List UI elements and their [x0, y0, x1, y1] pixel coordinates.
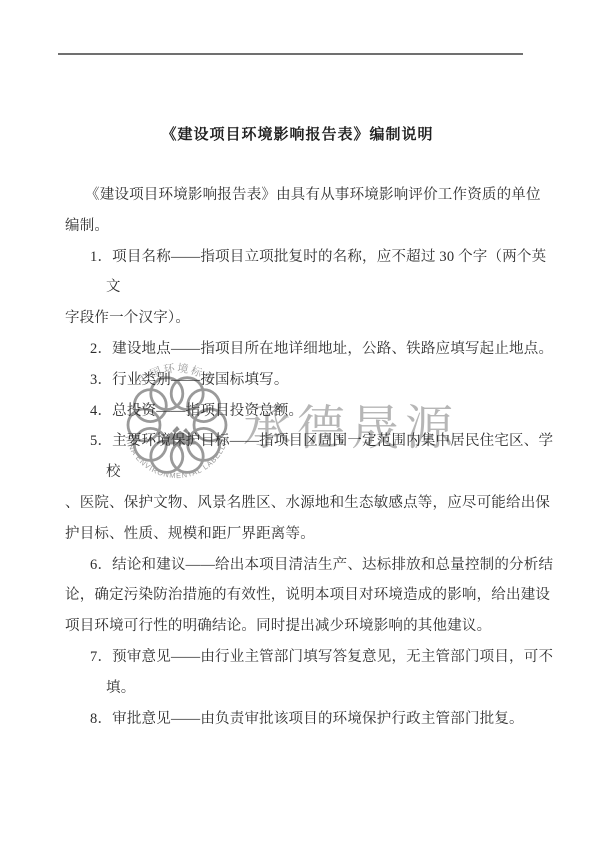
text-line: 论，确定污染防治措施的有效性，说明本项目对环境造成的影响，给出建设 [65, 580, 543, 611]
text-line: 2．建设地点——指项目所在地详细地址，公路、铁路应填写起止地点。 [65, 334, 543, 365]
text-line: 7．预审意见——由行业主管部门填写答复意见，无主管部门项目，可不 [65, 642, 543, 673]
text-line: 校 [65, 457, 543, 488]
text-line: 3．行业类别——按国标填写。 [65, 365, 543, 396]
text-line: 1．项目名称——指项目立项批复时的名称，应不超过 30 个字（两个英 [65, 242, 543, 273]
text-line: 《建设项目环境影响报告表》由具有从事环境影响评价工作资质的单位 [65, 180, 543, 211]
text-line: 填。 [65, 673, 543, 704]
document-body: 《建设项目环境影响报告表》由具有从事环境影响评价工作资质的单位 编制。 1．项目… [65, 180, 543, 734]
text-line: 5．主要环境保护目标——指项目区周围一定范围内集中居民住宅区、学 [65, 426, 543, 457]
text-line: 8．审批意见——由负责审批该项目的环境保护行政主管部门批复。 [65, 704, 543, 735]
text-line: 字段作一个汉字）。 [65, 303, 543, 334]
text-line: 编制。 [65, 211, 543, 242]
text-line: 护目标、性质、规模和距厂界距离等。 [65, 519, 543, 550]
header-rule [58, 53, 523, 55]
text-line: 项目环境可行性的明确结论。同时提出减少环境影响的其他建议。 [65, 611, 543, 642]
page-title: 《建设项目环境影响报告表》编制说明 [0, 123, 595, 144]
text-line: 、医院、保护文物、风景名胜区、水源地和生态敏感点等，应尽可能给出保 [65, 488, 543, 519]
text-line: 文 [65, 272, 543, 303]
text-line: 6．结论和建议——给出本项目清洁生产、达标排放和总量控制的分析结 [65, 550, 543, 581]
text-line: 4．总投资——指项目投资总额。 [65, 396, 543, 427]
document-page: 承德晟源 [0, 0, 595, 842]
